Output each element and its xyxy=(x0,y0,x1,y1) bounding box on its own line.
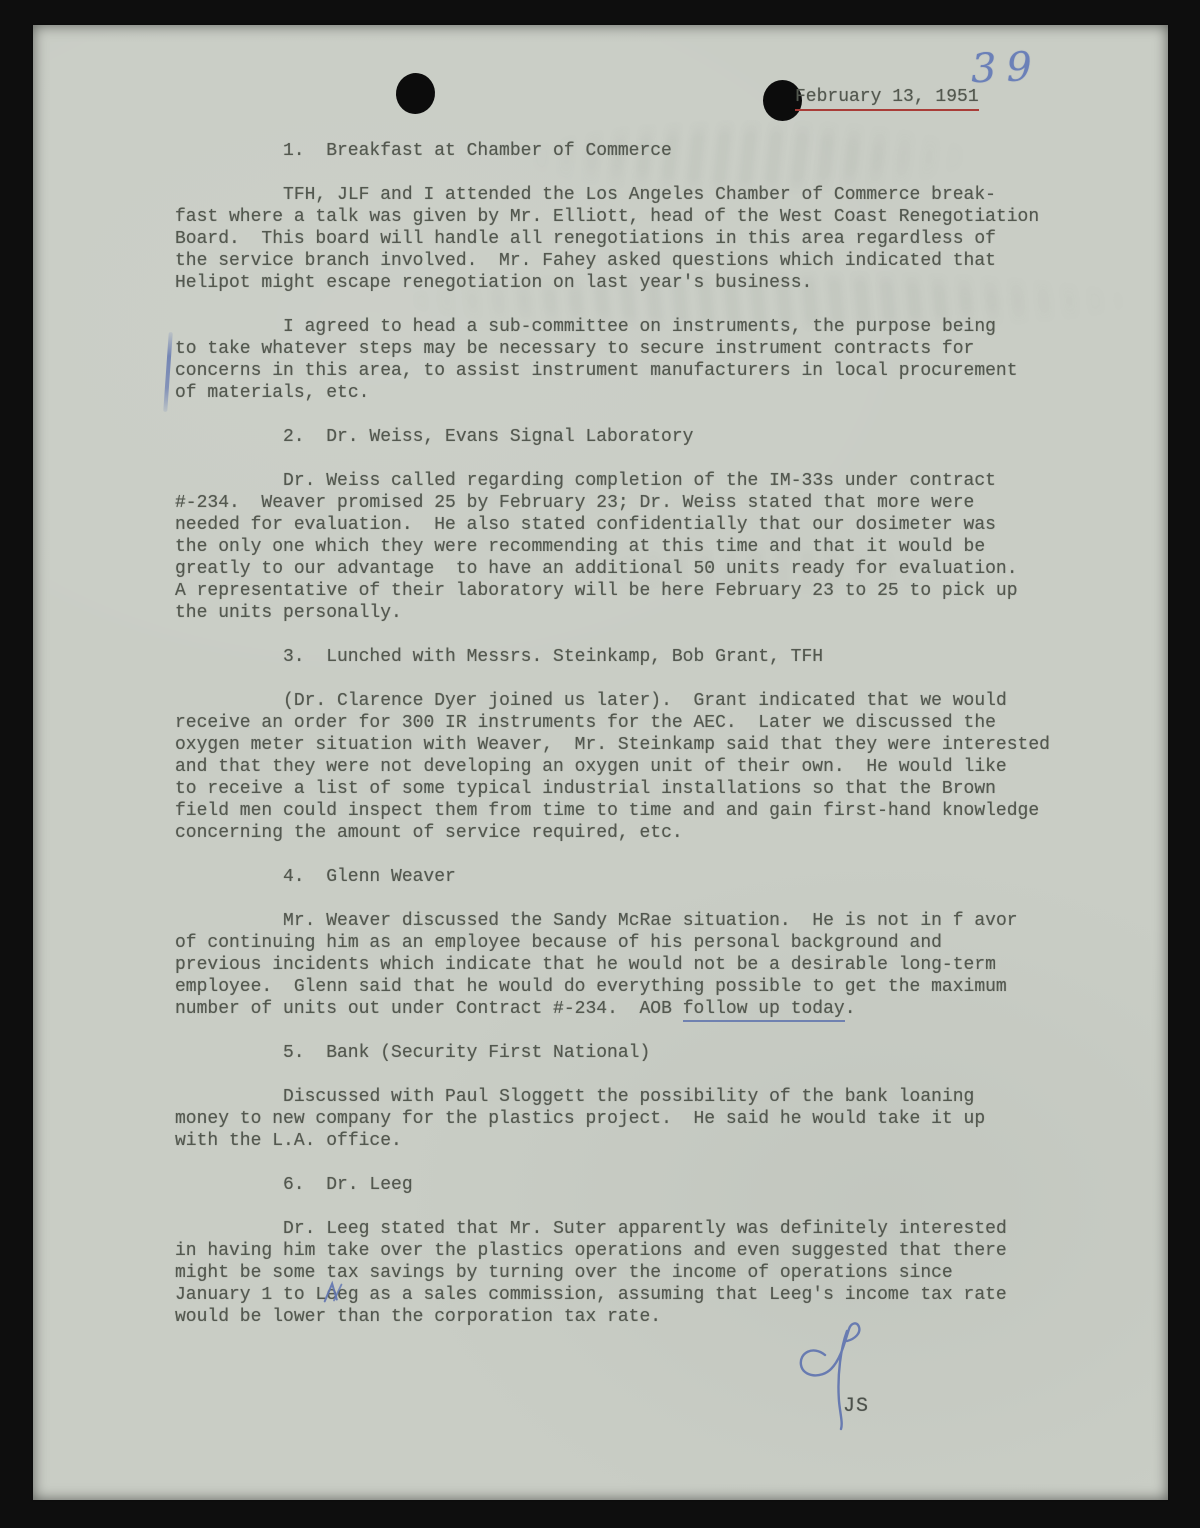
section-paragraph: Dr. Leeg stated that Mr. Suter apparentl… xyxy=(175,1218,1080,1328)
section-dr-leeg: 6. Dr. Leeg Dr. Leeg stated that Mr. Sut… xyxy=(175,1174,1080,1328)
section-paragraph: Discussed with Paul Sloggett the possibi… xyxy=(175,1086,1080,1152)
section-heading: 2. Dr. Weiss, Evans Signal Laboratory xyxy=(175,426,1080,448)
memo-paper-sheet: 39 February 13, 1951 1. Breakfast at Cha… xyxy=(33,25,1168,1500)
signature-initials: JS xyxy=(843,1395,869,1418)
scanned-document-scene: 39 February 13, 1951 1. Breakfast at Cha… xyxy=(0,0,1200,1528)
handwritten-correction-mark xyxy=(321,1280,347,1306)
signature-block: JS xyxy=(785,1317,925,1447)
section-breakfast-chamber-of-commerce: 1. Breakfast at Chamber of Commerce TFH,… xyxy=(175,140,1080,404)
section-heading: 4. Glenn Weaver xyxy=(175,866,1080,888)
margin-tick-mark xyxy=(163,332,173,412)
paragraph-text: Mr. Weaver discussed the Sandy McRae sit… xyxy=(175,911,1018,1019)
section-heading: 5. Bank (Security First National) xyxy=(175,1042,1080,1064)
memo-date: February 13, 1951 xyxy=(795,86,979,111)
section-paragraph: I agreed to head a sub-committee on inst… xyxy=(175,316,1080,404)
section-heading: 3. Lunched with Messrs. Steinkamp, Bob G… xyxy=(175,646,1080,668)
section-glenn-weaver: 4. Glenn Weaver Mr. Weaver discussed the… xyxy=(175,866,1080,1020)
section-paragraph: Dr. Weiss called regarding completion of… xyxy=(175,470,1080,624)
section-paragraph: TFH, JLF and I attended the Los Angeles … xyxy=(175,184,1080,294)
section-paragraph: (Dr. Clarence Dyer joined us later). Gra… xyxy=(175,690,1080,844)
section-lunch-steinkamp-grant: 3. Lunched with Messrs. Steinkamp, Bob G… xyxy=(175,646,1080,844)
hand-underlined-text: follow up today xyxy=(683,999,845,1022)
section-heading: 6. Dr. Leeg xyxy=(175,1174,1080,1196)
paragraph-text: . xyxy=(845,999,856,1019)
section-paragraph: Mr. Weaver discussed the Sandy McRae sit… xyxy=(175,910,1080,1020)
section-heading: 1. Breakfast at Chamber of Commerce xyxy=(175,140,1080,162)
memo-body: 1. Breakfast at Chamber of Commerce TFH,… xyxy=(175,140,1080,1350)
signature-flourish-icon xyxy=(785,1317,895,1437)
section-dr-weiss-evans-signal-laboratory: 2. Dr. Weiss, Evans Signal Laboratory Dr… xyxy=(175,426,1080,624)
handwritten-page-number: 39 xyxy=(970,44,1042,92)
punch-hole-icon xyxy=(393,70,437,116)
section-bank-security-first-national: 5. Bank (Security First National) Discus… xyxy=(175,1042,1080,1152)
